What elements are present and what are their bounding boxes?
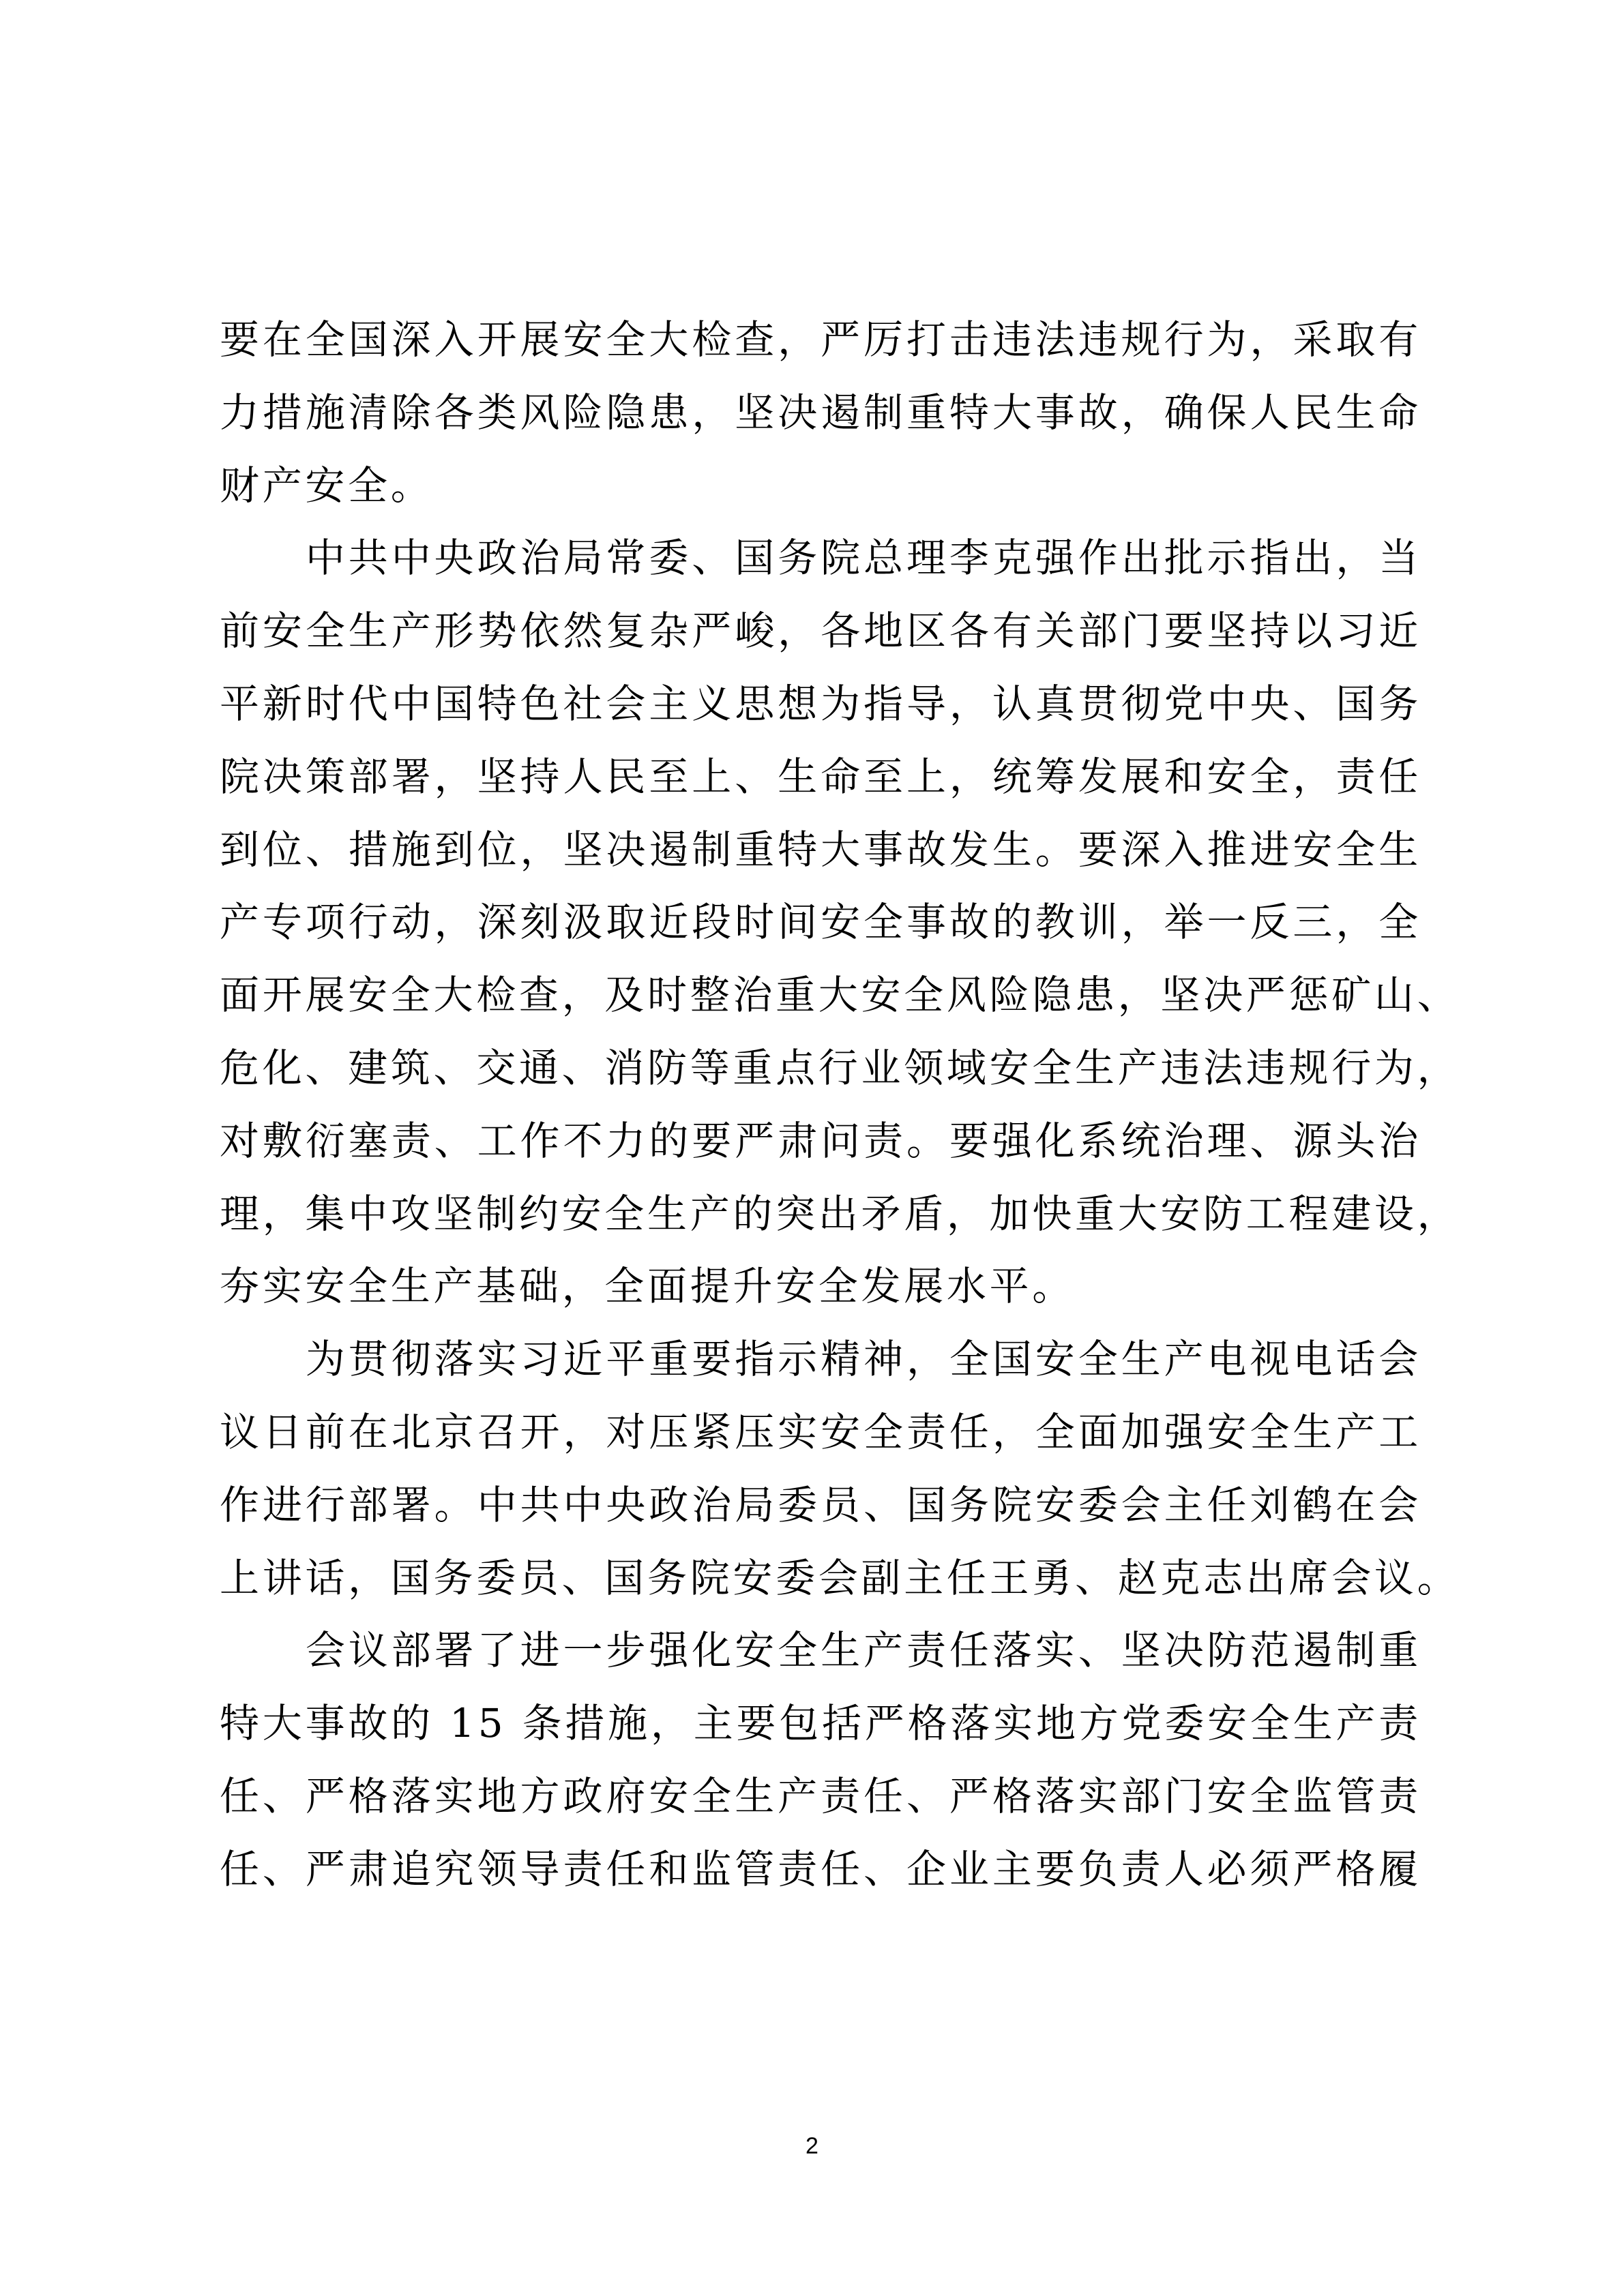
text-line: 任、严肃追究领导责任和监管责任、企业主要负责人必须严格履 [220, 1833, 1421, 1906]
text-line: 危化、建筑、交通、消防等重点行业领域安全生产违法违规行为， [220, 1032, 1421, 1105]
text-line: 产专项行动，深刻汲取近段时间安全事故的教训，举一反三，全 [220, 886, 1421, 959]
text-line: 力措施清除各类风险隐患，坚决遏制重特大事故，确保人民生命 [220, 376, 1421, 449]
document-page: 要在全国深入开展安全大检查，严厉打击违法违规行为，采取有 力措施清除各类风险隐患… [0, 0, 1624, 2296]
text-line: 对敷衍塞责、工作不力的要严肃问责。要强化系统治理、源头治 [220, 1105, 1421, 1178]
text-line: 会议部署了进一步强化安全生产责任落实、坚决防范遏制重 [220, 1614, 1421, 1687]
text-line: 面开展安全大检查，及时整治重大安全风险隐患，坚决严惩矿山、 [220, 959, 1421, 1032]
text-line: 院决策部署，坚持人民至上、生命至上，统筹发展和安全，责任 [220, 741, 1421, 814]
text-line: 平新时代中国特色社会主义思想为指导，认真贯彻党中央、国务 [220, 668, 1421, 741]
text-line: 财产安全。 [220, 449, 1421, 522]
text-line: 要在全国深入开展安全大检查，严厉打击违法违规行为，采取有 [220, 303, 1421, 376]
text-line: 到位、措施到位，坚决遏制重特大事故发生。要深入推进安全生 [220, 814, 1421, 886]
document-body: 要在全国深入开展安全大检查，严厉打击违法违规行为，采取有 力措施清除各类风险隐患… [220, 303, 1421, 1906]
text-line: 为贯彻落实习近平重要指示精神，全国安全生产电视电话会 [220, 1323, 1421, 1396]
text-line: 夯实安全生产基础，全面提升安全发展水平。 [220, 1250, 1421, 1323]
text-line: 作进行部署。中共中央政治局委员、国务院安委会主任刘鹤在会 [220, 1469, 1421, 1542]
text-line: 中共中央政治局常委、国务院总理李克强作出批示指出，当 [220, 522, 1421, 595]
page-number: 2 [0, 2133, 1624, 2160]
text-line: 前安全生产形势依然复杂严峻，各地区各有关部门要坚持以习近 [220, 595, 1421, 668]
text-line: 议日前在北京召开，对压紧压实安全责任，全面加强安全生产工 [220, 1396, 1421, 1469]
text-line: 任、严格落实地方政府安全生产责任、严格落实部门安全监管责 [220, 1760, 1421, 1833]
text-line: 特大事故的 15 条措施，主要包括严格落实地方党委安全生产责 [220, 1687, 1421, 1760]
text-line: 理，集中攻坚制约安全生产的突出矛盾，加快重大安防工程建设， [220, 1178, 1421, 1251]
text-line: 上讲话，国务委员、国务院安委会副主任王勇、赵克志出席会议。 [220, 1542, 1421, 1615]
